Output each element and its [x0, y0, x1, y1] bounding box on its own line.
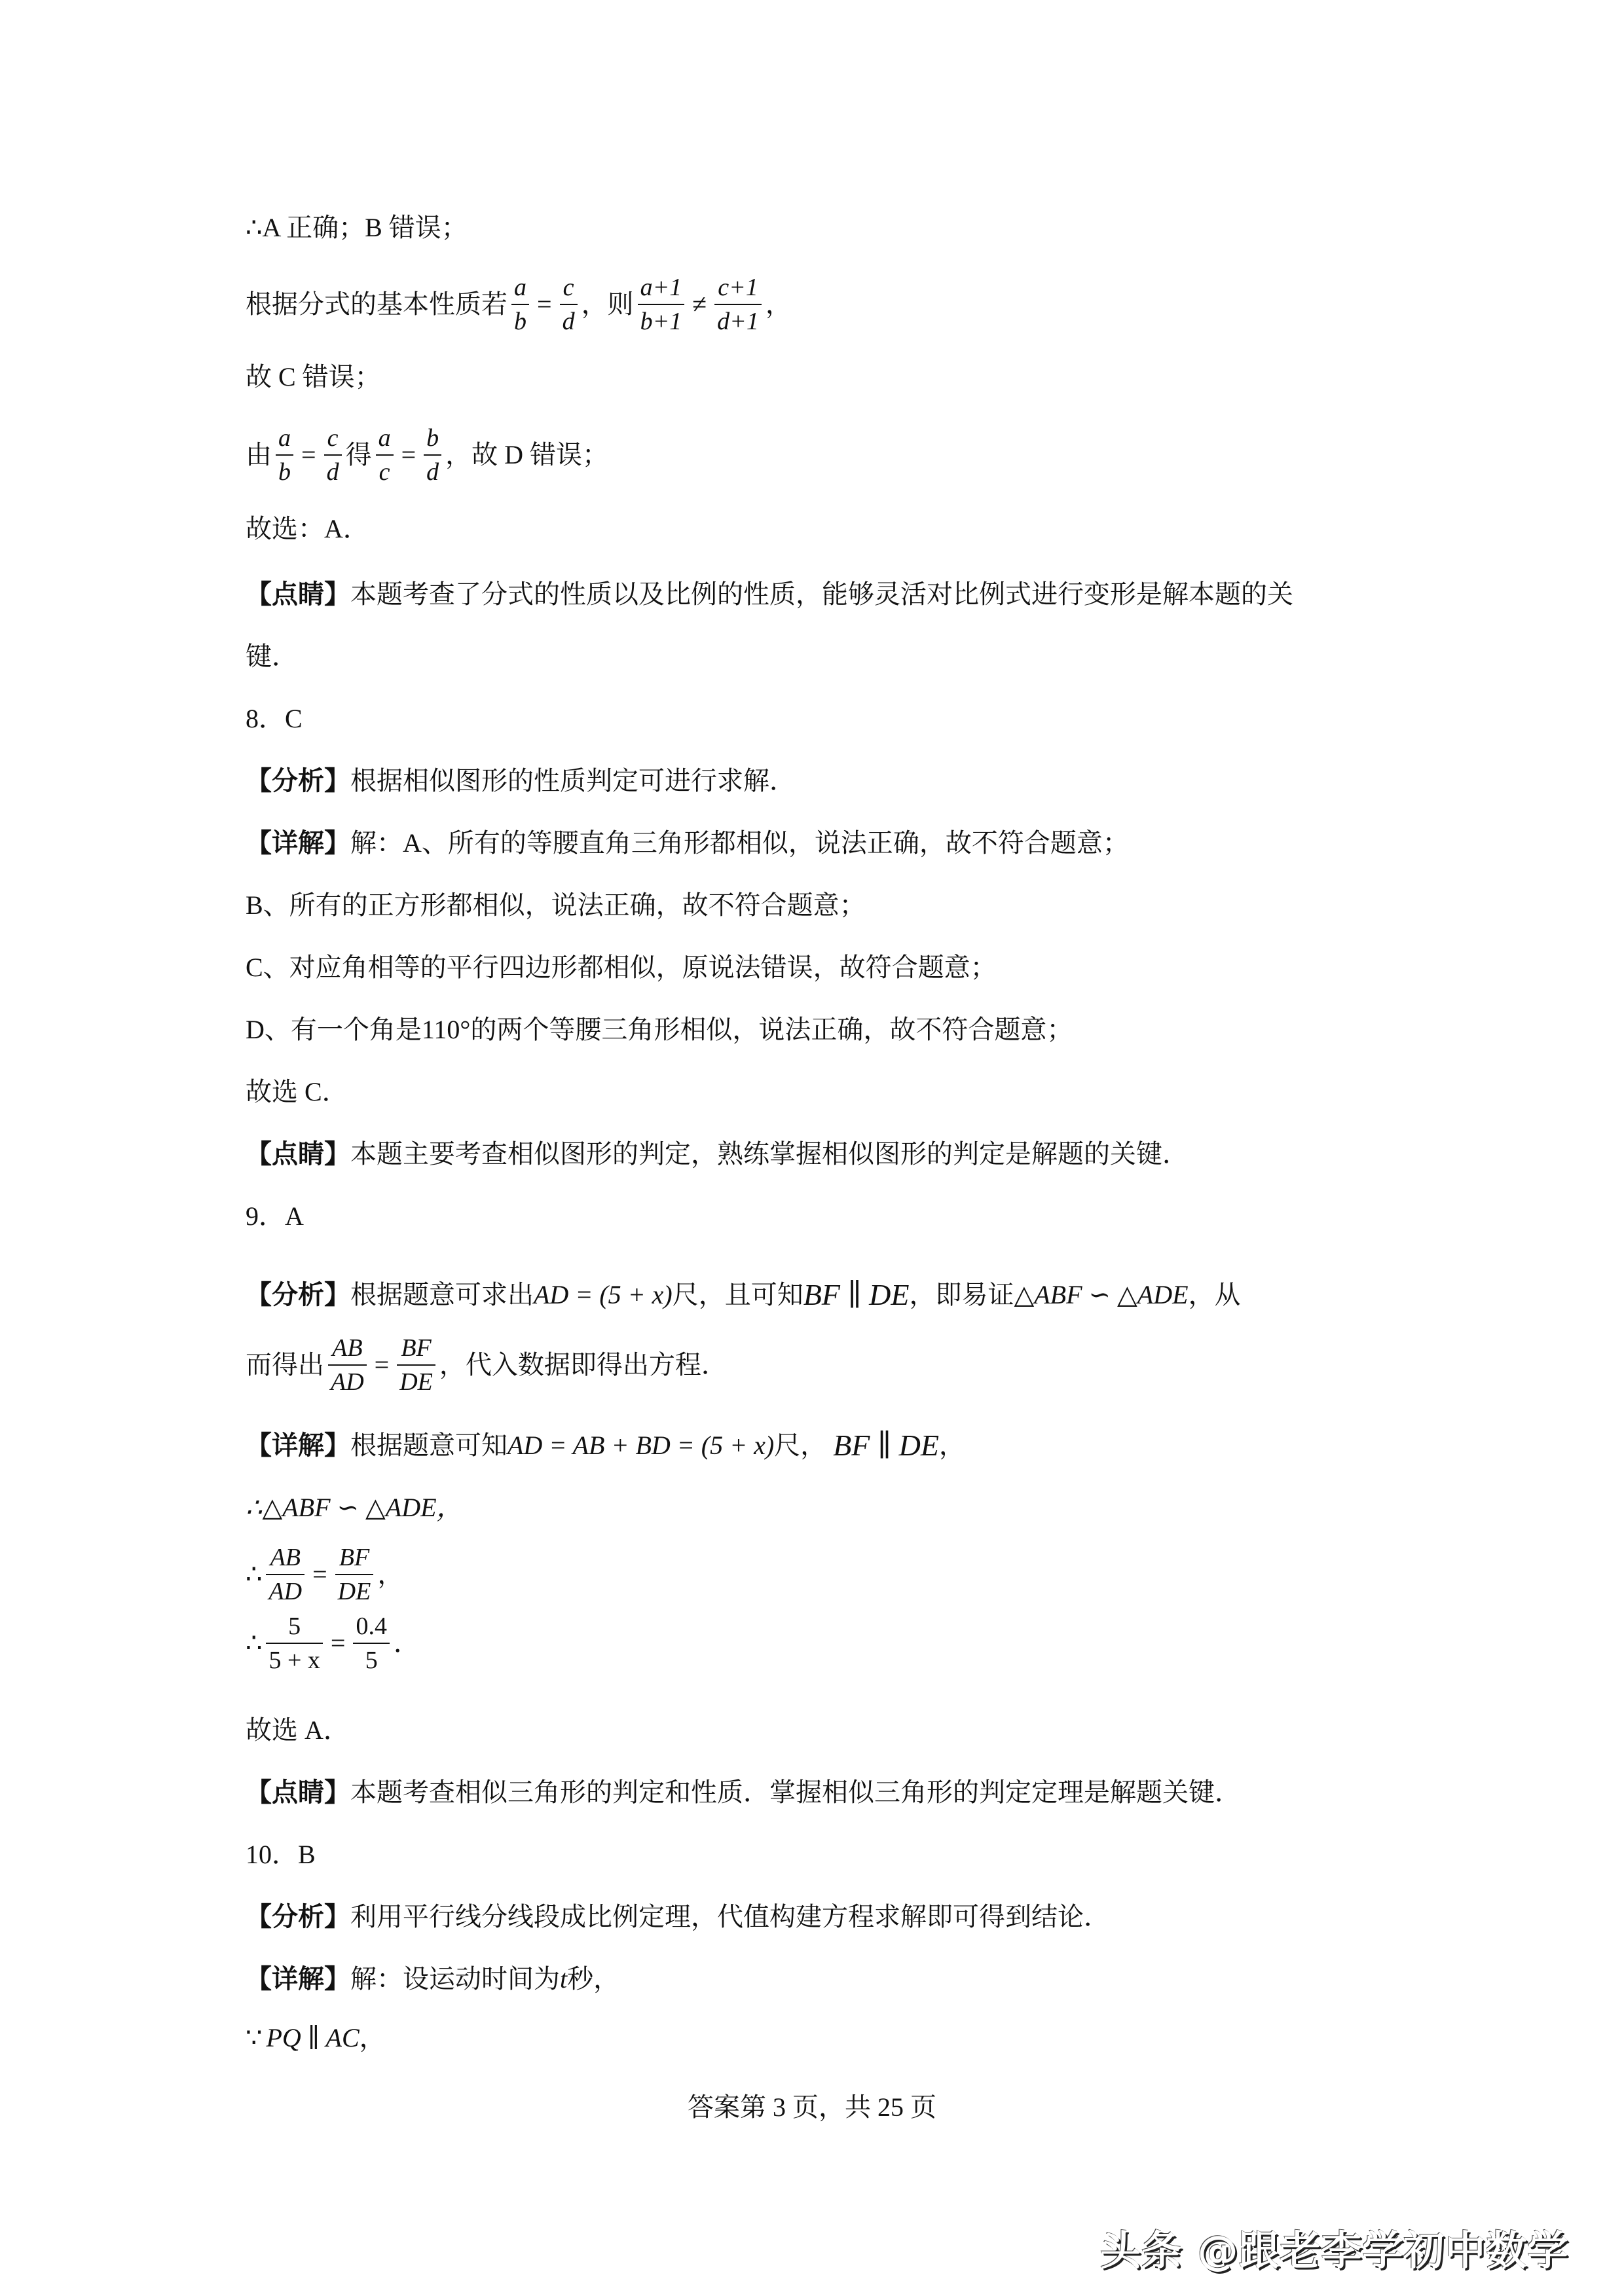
- static-text: 秒，: [567, 1961, 619, 1997]
- static-text: 的两个等腰三角形相似，说法正确，故不符合题意；: [470, 1011, 1073, 1048]
- text-line: ∵ PQ ∥ AC ，: [246, 2020, 386, 2056]
- angle-value: 110°: [422, 1011, 471, 1048]
- static-text: D、有一个角是: [246, 1011, 422, 1048]
- numerator: c: [561, 271, 577, 304]
- fraction: c d: [324, 422, 342, 488]
- denominator: d+1: [714, 305, 762, 338]
- denominator: b: [511, 305, 529, 338]
- question-number: 8．C: [246, 701, 303, 737]
- text-line: 故 C 错误；: [246, 359, 381, 395]
- static-text: 本题考查了分式的性质以及比例的性质，能够灵活对比例式进行变形是解本题的关: [350, 576, 1293, 613]
- denominator: 5 + x: [266, 1644, 322, 1677]
- answer-choice: 故选 C．: [246, 1074, 348, 1110]
- denominator: d: [560, 305, 578, 338]
- static-text: 根据相似图形的性质判定可进行求解．: [350, 763, 796, 799]
- static-text: ，: [939, 1427, 965, 1464]
- static-text: 解：设运动时间为: [350, 1961, 560, 1997]
- static-text: 尺，且可知: [673, 1277, 803, 1313]
- text-line: C、对应角相等的平行四边形都相似，原说法错误，故符合题意；: [246, 949, 997, 986]
- text-line: 故选 C．: [246, 1074, 348, 1110]
- static-text: ，: [360, 2020, 386, 2056]
- question-number: 9．A: [246, 1198, 304, 1235]
- fraction: 5 5 + x: [266, 1610, 322, 1677]
- question-title: 10．B: [246, 1836, 316, 1873]
- math-expression: BF ∥ DE: [803, 1277, 910, 1313]
- static-text: 而得出: [246, 1347, 324, 1383]
- numerator: c: [325, 422, 341, 454]
- fraction: 0.4 5: [353, 1610, 390, 1677]
- section-tag: 【分析】: [246, 1899, 350, 1935]
- static-text: 得: [346, 437, 372, 473]
- text-line-proportion: 由 a b = c d 得 a c = b d ，故 D 错误；: [246, 419, 608, 491]
- numerator: b: [424, 422, 441, 454]
- static-text: ，: [377, 1556, 403, 1593]
- fraction: BF DE: [397, 1332, 435, 1398]
- numerator: a: [276, 422, 293, 454]
- numerator: c+1: [715, 271, 761, 304]
- math-variable: t: [560, 1961, 567, 1997]
- operator: =: [301, 437, 316, 473]
- section-tag: 【点睛】: [246, 1774, 350, 1811]
- text-line-tip: 【点睛】 本题考查了分式的性质以及比例的性质，能够灵活对比例式进行变形是解本题的…: [246, 576, 1293, 613]
- text-line-detail: 【详解】 解：设运动时间为 t 秒，: [246, 1961, 619, 1997]
- text-line-tip: 【点睛】 本题考查相似三角形的判定和性质．掌握相似三角形的判定定理是解题关键．: [246, 1774, 1241, 1811]
- text-line-detail: 【详解】 根据题意可知 AD = AB + BD = (5 + x) 尺， BF…: [246, 1427, 965, 1464]
- section-tag: 【详解】: [246, 1961, 350, 1997]
- static-text: 利用平行线分线段成比例定理，代值构建方程求解即可得到结论．: [350, 1899, 1110, 1935]
- static-text: ．: [394, 1625, 420, 1662]
- math-expression: PQ ∥ AC: [266, 2020, 359, 2056]
- text-line-fraction: ∴ AB AD = BF DE ，: [246, 1539, 403, 1611]
- math-expression: ∴△ABF ∽ △ADE，: [246, 1489, 463, 1526]
- static-text: ，代入数据即得出方程．: [439, 1347, 728, 1383]
- numerator: BF: [398, 1332, 434, 1364]
- static-text: 键．: [246, 638, 298, 675]
- text-line: ∴△ABF ∽ △ADE，: [246, 1489, 463, 1526]
- therefore-symbol: ∴: [246, 1556, 262, 1593]
- fraction: BF DE: [335, 1541, 374, 1608]
- fraction: a+1 b+1: [638, 271, 685, 338]
- fraction: AB AD: [328, 1332, 367, 1398]
- static-text: B、所有的正方形都相似，说法正确，故不符合题意；: [246, 887, 866, 924]
- question-number: 10．B: [246, 1836, 316, 1873]
- numerator: 0.4: [353, 1610, 390, 1643]
- static-text: ，故 D 错误；: [445, 437, 608, 473]
- text-line-fraction: 而得出 AB AD = BF DE ，代入数据即得出方程．: [246, 1329, 728, 1401]
- denominator: DE: [335, 1575, 374, 1608]
- fraction: a c: [376, 422, 394, 488]
- denominator: b+1: [638, 305, 685, 338]
- text-line-analysis: 【分析】 根据相似图形的性质判定可进行求解．: [246, 763, 796, 799]
- text-line: 故选 A．: [246, 1712, 350, 1749]
- fraction: c d: [560, 271, 578, 338]
- numerator: a+1: [638, 271, 685, 304]
- static-text: 解：A、所有的等腰直角三角形都相似，说法正确，故不符合题意；: [350, 825, 1129, 862]
- numerator: AB: [329, 1332, 365, 1364]
- answer-choice: 故选：A．: [246, 511, 369, 547]
- denominator: d: [424, 456, 441, 488]
- section-tag: 【分析】: [246, 1277, 350, 1313]
- text-line-fraction-property: 根据分式的基本性质若 a b = c d ，则 a+1 b+1 ≠ c+1 d+…: [246, 268, 792, 340]
- text-line-fraction: ∴ 5 5 + x = 0.4 5 ．: [246, 1607, 420, 1679]
- page-footer: 答案第 3 页，共 25 页: [0, 2091, 1624, 2124]
- denominator: AD: [266, 1575, 304, 1608]
- static-text: 根据题意可求出: [350, 1277, 534, 1313]
- text-line: B、所有的正方形都相似，说法正确，故不符合题意；: [246, 887, 866, 924]
- static-text: ，: [766, 286, 792, 323]
- section-tag: 【详解】: [246, 825, 350, 862]
- static-text: 由: [246, 437, 272, 473]
- fraction: a b: [276, 422, 293, 488]
- text-line-detail: 【详解】 解：A、所有的等腰直角三角形都相似，说法正确，故不符合题意；: [246, 825, 1129, 862]
- question-title: 8．C: [246, 701, 303, 737]
- text-line: D、有一个角是 110° 的两个等腰三角形相似，说法正确，故不符合题意；: [246, 1011, 1073, 1048]
- text-line: ∴A 正确；B 错误；: [246, 210, 468, 246]
- text-line: 键．: [246, 638, 298, 675]
- section-tag: 【分析】: [246, 763, 350, 799]
- denominator: 5: [363, 1644, 380, 1677]
- math-expression: AD = (5 + x): [534, 1277, 673, 1313]
- static-text: ，即易证: [909, 1277, 1014, 1313]
- question-title: 9．A: [246, 1198, 304, 1235]
- operator: =: [331, 1625, 346, 1662]
- denominator: DE: [397, 1366, 435, 1398]
- math-expression: △ABF ∽ △ADE: [1014, 1277, 1188, 1313]
- static-text: C、对应角相等的平行四边形都相似，原说法错误，故符合题意；: [246, 949, 997, 986]
- fraction: AB AD: [266, 1541, 304, 1608]
- static-text: 本题主要考查相似图形的判定，熟练掌握相似图形的判定是解题的关键．: [350, 1136, 1189, 1173]
- static-text: 根据分式的基本性质若: [246, 286, 507, 323]
- text-line-analysis: 【分析】 利用平行线分线段成比例定理，代值构建方程求解即可得到结论．: [246, 1899, 1110, 1935]
- static-text: 故 C 错误；: [246, 359, 381, 395]
- numerator: BF: [337, 1541, 372, 1574]
- static-text: 本题考查相似三角形的判定和性质．掌握相似三角形的判定定理是解题关键．: [350, 1774, 1241, 1811]
- denominator: d: [324, 456, 342, 488]
- operator: =: [375, 1347, 390, 1383]
- watermark: 头条 @跟老李学初中数学: [1100, 2225, 1569, 2277]
- fraction: c+1 d+1: [714, 271, 762, 338]
- denominator: c: [377, 456, 393, 488]
- operator: =: [401, 437, 416, 473]
- denominator: b: [276, 456, 293, 488]
- denominator: AD: [328, 1366, 367, 1398]
- text-line-tip: 【点睛】 本题主要考查相似图形的判定，熟练掌握相似图形的判定是解题的关键．: [246, 1136, 1189, 1173]
- conclusion-text: ∴A 正确；B 错误；: [246, 210, 468, 246]
- operator: ≠: [692, 286, 707, 323]
- section-tag: 【点睛】: [246, 576, 350, 613]
- static-text: ，从: [1189, 1277, 1241, 1313]
- numerator: a: [376, 422, 394, 454]
- operator: =: [537, 286, 552, 323]
- math-expression: BF ∥ DE: [833, 1427, 939, 1464]
- fraction: b d: [424, 422, 441, 488]
- static-text: ，则: [581, 286, 634, 323]
- numerator: AB: [268, 1541, 303, 1574]
- answer-choice: 故选 A．: [246, 1712, 350, 1749]
- text-line: 故选：A．: [246, 511, 369, 547]
- static-text: 根据题意可知: [350, 1427, 507, 1464]
- section-tag: 【点睛】: [246, 1136, 350, 1173]
- section-tag: 【详解】: [246, 1427, 350, 1464]
- static-text: 尺，: [774, 1427, 826, 1464]
- because-symbol: ∵: [246, 2020, 262, 2056]
- numerator: 5: [286, 1610, 303, 1643]
- fraction: a b: [511, 271, 529, 338]
- document-page: ∴A 正确；B 错误； 根据分式的基本性质若 a b = c d ，则 a+1 …: [0, 0, 1624, 2296]
- operator: =: [312, 1556, 327, 1593]
- math-expression: AD = AB + BD = (5 + x): [507, 1427, 774, 1464]
- text-line-analysis: 【分析】 根据题意可求出 AD = (5 + x) 尺，且可知 BF ∥ DE …: [246, 1277, 1241, 1313]
- therefore-symbol: ∴: [246, 1625, 262, 1662]
- numerator: a: [511, 271, 529, 304]
